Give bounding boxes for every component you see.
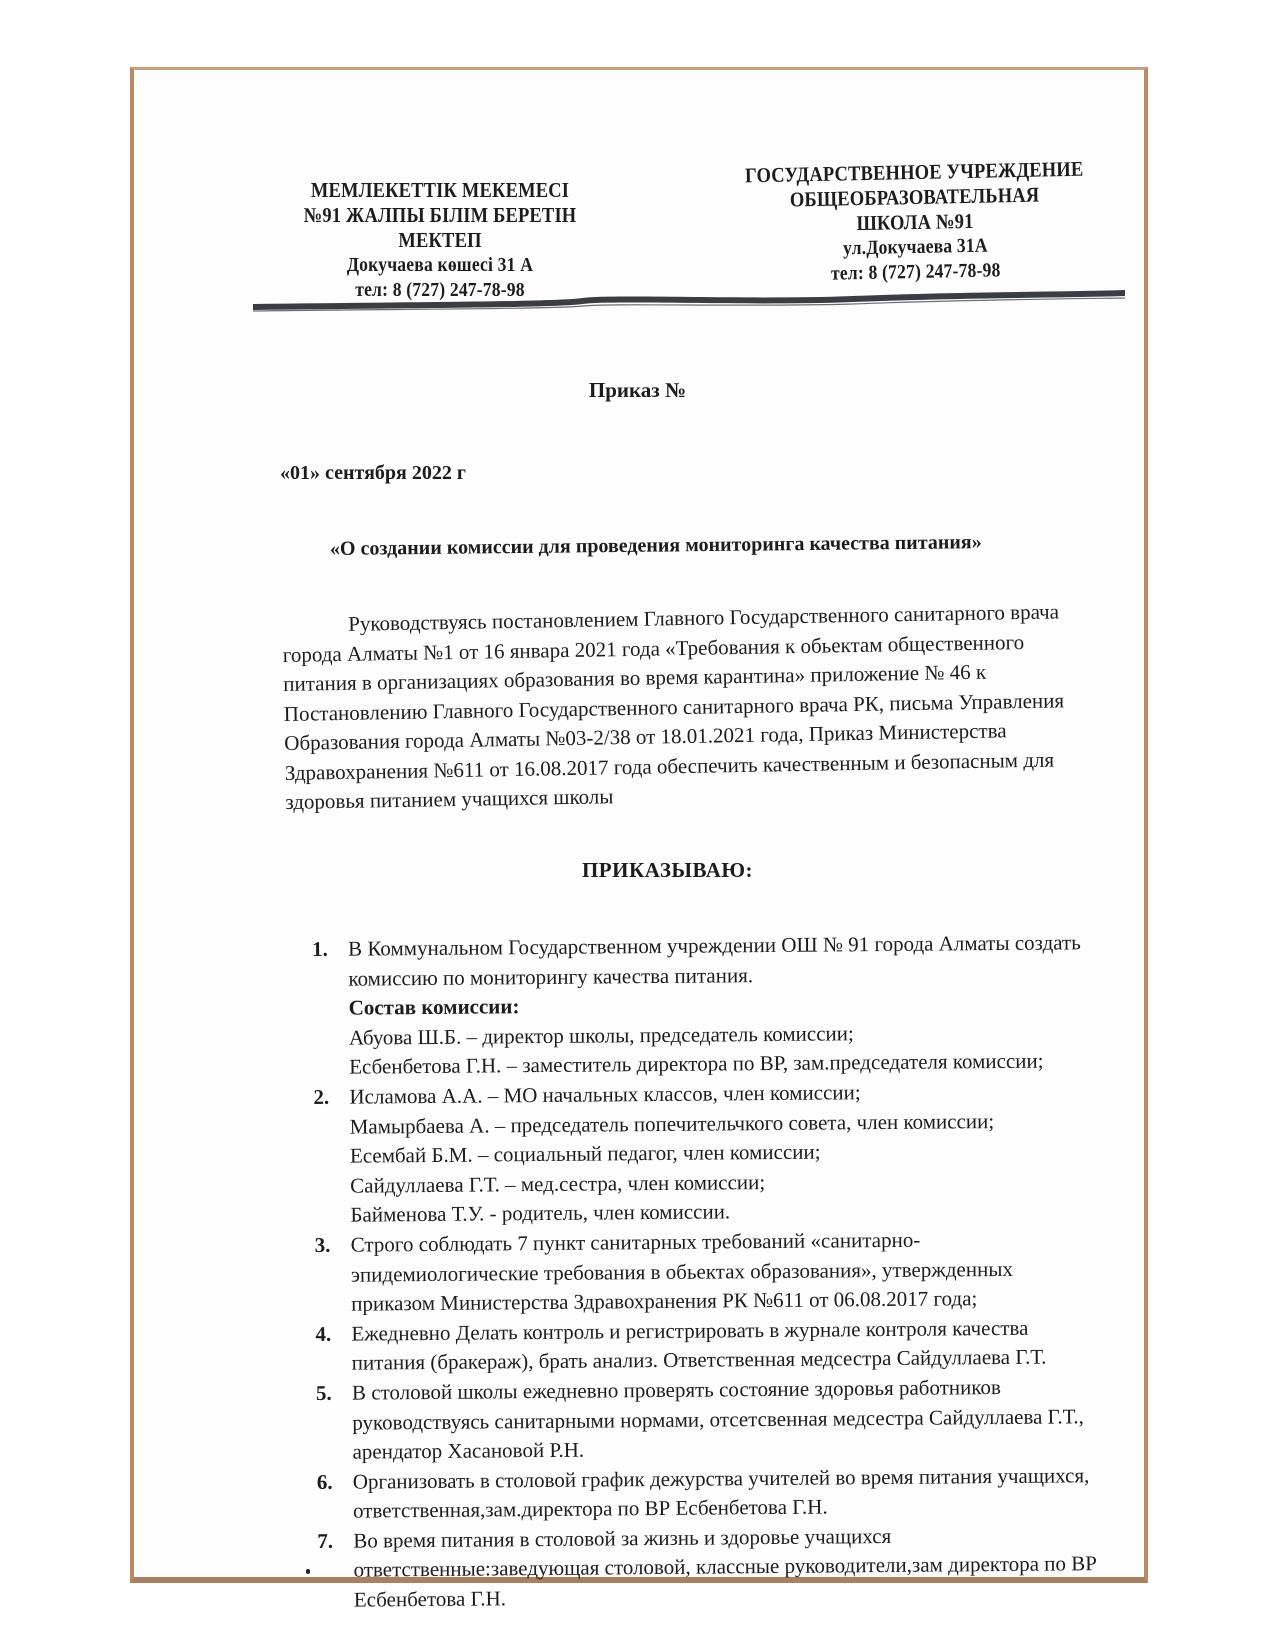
- order-item: 6.Организовать в столовой график дежурст…: [317, 1461, 1097, 1527]
- order-item-number: 5.: [316, 1379, 332, 1409]
- header-left-line: МЕМЛЕКЕТТІК МЕКЕМЕСІ: [273, 178, 607, 203]
- header-russian: ГОСУДАРСТВЕННОЕ УЧРЕЖДЕНИЕ ОБЩЕОБРАЗОВАТ…: [729, 156, 1100, 288]
- header-left-line: МЕКТЕП: [273, 228, 607, 253]
- header-left-address: Докучаева көшесі 31 А: [273, 253, 607, 278]
- order-item-line: Есбенбетова Г.Н.: [354, 1579, 1098, 1615]
- decree-heading: ПРИКАЗЫВАЮ:: [0, 858, 1275, 883]
- header-left-line: №91 ЖАЛПЫ БІЛІМ БЕРЕТІН: [273, 203, 607, 228]
- order-items-list: 1.В Коммунальном Государственном учрежде…: [312, 928, 1098, 1615]
- ink-dot: [306, 1569, 310, 1574]
- order-date: «01» сентября 2022 г: [280, 462, 466, 485]
- order-number-heading: Приказ №: [0, 378, 1275, 403]
- order-item: 7.Во время питания в столовой за жизнь и…: [317, 1520, 1098, 1616]
- order-item-number: 2.: [313, 1083, 329, 1113]
- order-item: 3.Строго соблюдать 7 пункт санитарных тр…: [315, 1224, 1096, 1320]
- order-item-number: 7.: [317, 1527, 333, 1557]
- header-divider-rule: [253, 290, 1125, 312]
- order-item-number: 1.: [312, 935, 328, 965]
- preamble-paragraph: Руководствуясь постановлением Главного Г…: [282, 597, 1065, 817]
- order-item: 1.В Коммунальном Государственном учрежде…: [312, 928, 1093, 1083]
- order-item-number: 3.: [315, 1231, 331, 1261]
- order-item-number: 4.: [315, 1320, 331, 1350]
- header-kazakh: МЕМЛЕКЕТТІК МЕКЕМЕСІ №91 ЖАЛПЫ БІЛІМ БЕР…: [273, 178, 607, 303]
- order-item: 4.Ежедневно Делать контроль и регистриро…: [315, 1313, 1095, 1379]
- order-item: 5.В столовой школы ежедневно проверять с…: [316, 1372, 1097, 1468]
- order-item-number: 6.: [317, 1468, 333, 1498]
- order-item: 2.Исламова А.А. – МО начальных классов, …: [313, 1076, 1094, 1231]
